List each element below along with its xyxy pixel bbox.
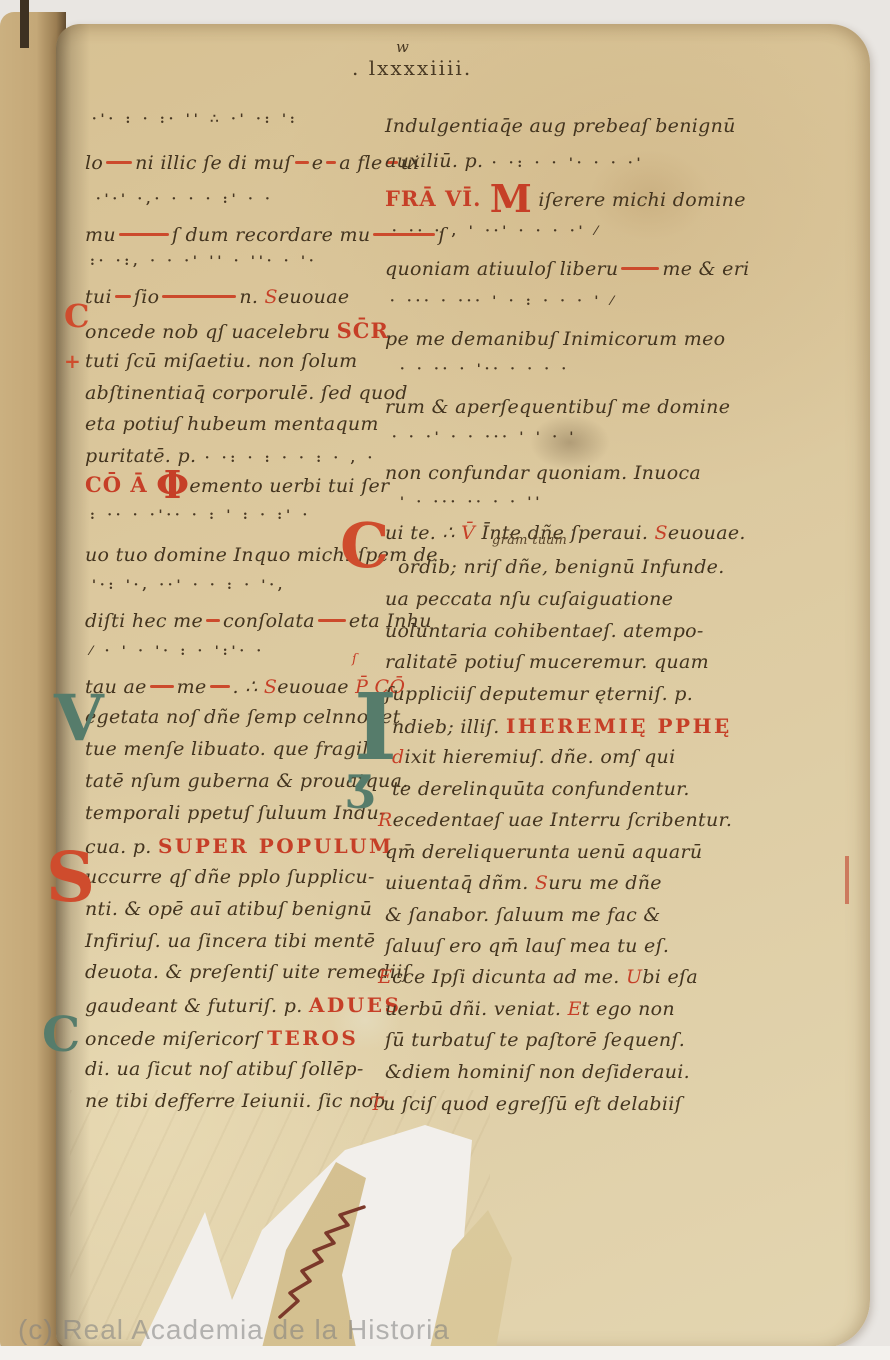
- folio-number-mark: w: [396, 38, 409, 56]
- text-line: tue menſe libuato. que fragili-: [85, 738, 382, 760]
- text-line: uoluntaria cohibentaeſ. atempo-: [385, 620, 704, 642]
- manuscript-scan: ·'· : · :· '' ∴ ·' ·: ':loni illic ſe di…: [0, 0, 890, 1360]
- text-line: oncede nob qſ uacelebru SC̄R: [85, 318, 389, 343]
- text-line: ua peccata nſu cuſaiguatione: [385, 588, 673, 610]
- text-line: ſū turbatuſ te paſtorē ſequenſ.: [385, 1029, 685, 1051]
- text-line: Infiriuſ. ua ſincera tibi mentē: [85, 930, 375, 952]
- red-filler-line: [210, 685, 230, 688]
- initial-c-concede-2: C: [42, 1014, 80, 1057]
- initial-v-vegetata: V: [54, 690, 104, 748]
- initial-c-cordibus: C: [340, 518, 389, 574]
- text-line: quoniam atiuuloſ liberume & eri: [385, 258, 749, 280]
- text-line: ordib; nriſ dñe, benignū Infunde.: [398, 556, 725, 578]
- red-filler-line: [119, 233, 169, 236]
- text-line: &diem hominiſ non deſideraui.: [385, 1061, 690, 1083]
- text-line: diſti hec meconſolataeta Inhu: [85, 610, 432, 632]
- neume-line: · · ·· · '·· · · · ·: [400, 362, 570, 377]
- text-line: te derelinquūta confundentur.: [392, 778, 690, 800]
- red-filler-line: [326, 161, 336, 164]
- text-line: deuota. & preſentiſ uite remediiſ: [85, 961, 410, 983]
- text-line: Recedentaeſ uae Interru ſcribentur.: [378, 809, 732, 831]
- manuscript-text: ·'· : · :· '' ∴ ·' ·: ':loni illic ſe di…: [0, 0, 890, 1360]
- text-line: ne tibi defferre Ieiunii. ſic nob: [85, 1090, 386, 1112]
- text-line: tuiſion. Seuouae: [85, 286, 349, 308]
- red-filler-line: [206, 619, 220, 622]
- text-line: uiuentaq̄ dñm. Suru me dñe: [385, 872, 662, 894]
- text-line: ndieb; illiſ. IHEREMIĘ PPHĘ: [392, 714, 732, 738]
- text-line: dixit hieremiuſ. dñe. omſ qui: [392, 746, 675, 768]
- text-line: temporali ppetuſ ſuluum Indu-: [85, 802, 386, 824]
- neume-line: · · ·' · · ··· ' ' · ': [392, 430, 577, 445]
- text-line: pe me demanibuſ Inimicorum meo: [385, 328, 725, 350]
- initial-s-succurre: S: [46, 848, 95, 909]
- red-filler-line: [295, 161, 309, 164]
- neume-line: '·: '·, ··' · · : · '·,: [92, 578, 286, 593]
- neume-line: ⁄ · ' · '· : · ':'· ·: [90, 644, 265, 659]
- text-line: cua. p. SUPER POPULUM: [85, 834, 394, 858]
- neume-line: :· ·:, · · ·' '' · ''· · '·: [90, 254, 317, 269]
- initial-c-concede-left: C: [64, 302, 89, 331]
- text-line: uerbū dñi. veniat. Et ego non: [385, 998, 675, 1020]
- neume-line: : ·· · ·'·· · : ' : · :' ·: [90, 508, 311, 523]
- initial-i-flourish: Ʒ: [346, 772, 376, 813]
- red-filler-line: [106, 161, 132, 164]
- text-line: Indulgentiaq̄e aug prebeaſ benignū: [385, 115, 736, 137]
- text-line: eta potiuſ hubeum mentaqum: [85, 413, 379, 435]
- text-line: rum & aperſequentibuſ me domine: [385, 396, 730, 418]
- red-filler-line: [150, 685, 174, 688]
- red-filler-line: [621, 267, 659, 270]
- copyright-watermark: (c) Real Academia de la Historia: [18, 1314, 450, 1346]
- text-line: FRĀ VĪ. M iſerere michi domine: [385, 186, 746, 211]
- text-line: tuti ſcū miſaetiu. non ſolum: [85, 350, 357, 372]
- text-line: auxiliū. p. · ·: · · '· · · ·': [385, 150, 645, 172]
- text-line: Ecce Ipſi dicunta ad me. Ubi eſa: [378, 966, 698, 988]
- neume-line: ·'·' ·,· · · · :' · ·: [96, 192, 274, 207]
- neume-line: · ··· · ··· ' · : · · · ' ⁄: [390, 294, 617, 309]
- red-filler-line: [318, 619, 346, 622]
- text-line: Tu ſciſ quod egreſſū eſt delabiiſ: [370, 1093, 682, 1115]
- text-line: ralitatē potiuſ muceremur. quam: [385, 651, 709, 673]
- neume-line: ' · ··· ·· · · '': [400, 495, 543, 510]
- margin-cross-mark: +: [64, 352, 81, 370]
- text-line: oncede miſericorſ TEROS: [85, 1026, 358, 1050]
- text-line: non confundar quoniam. Inuoca: [385, 462, 701, 484]
- text-line: nti. & opē auī atibuſ benignū: [85, 898, 372, 920]
- text-line: uccurre qſ dñe pplo ſupplicu-: [85, 866, 375, 888]
- red-filler-line: [115, 295, 131, 298]
- text-line: gaudeant & futuriſ. p. ADUES: [85, 993, 401, 1017]
- text-line: ſuppliciiſ deputemur ęterniſ. p.: [385, 683, 693, 705]
- initial-i-right-column: I: [354, 686, 397, 769]
- text-line: puritatē. p. · ·: · : · · : · , ·: [85, 445, 376, 467]
- neume-line: ·'· : · :· '' ∴ ·' ·: ':: [92, 112, 299, 127]
- text-line: CŌ Ā Φemento uerbi tui ſer: [85, 472, 389, 497]
- text-line: & ſanabor. ſaluum me fac &: [385, 904, 661, 926]
- neume-line: · ·· · , ' ··' · · · ·' ⁄: [392, 224, 601, 239]
- text-line: di. ua ſicut noſ atibuſ ſollēp-: [85, 1058, 364, 1080]
- text-line: ſ: [352, 652, 357, 667]
- text-line: ſaluuſ ero qm̄ lauſ mea tu eſ.: [385, 935, 669, 957]
- text-line: qm̄ dereliquerunta uenū aquarū: [385, 841, 702, 863]
- text-line: abſtinentiaq̄ corporulē. ſed quod: [85, 382, 408, 404]
- red-filler-line: [162, 295, 236, 298]
- text-line: grām tuam: [492, 533, 567, 548]
- text-line: loni illic ſe di muſea fleui: [85, 152, 419, 174]
- folio-number: . lxxxxiiii.: [352, 56, 472, 80]
